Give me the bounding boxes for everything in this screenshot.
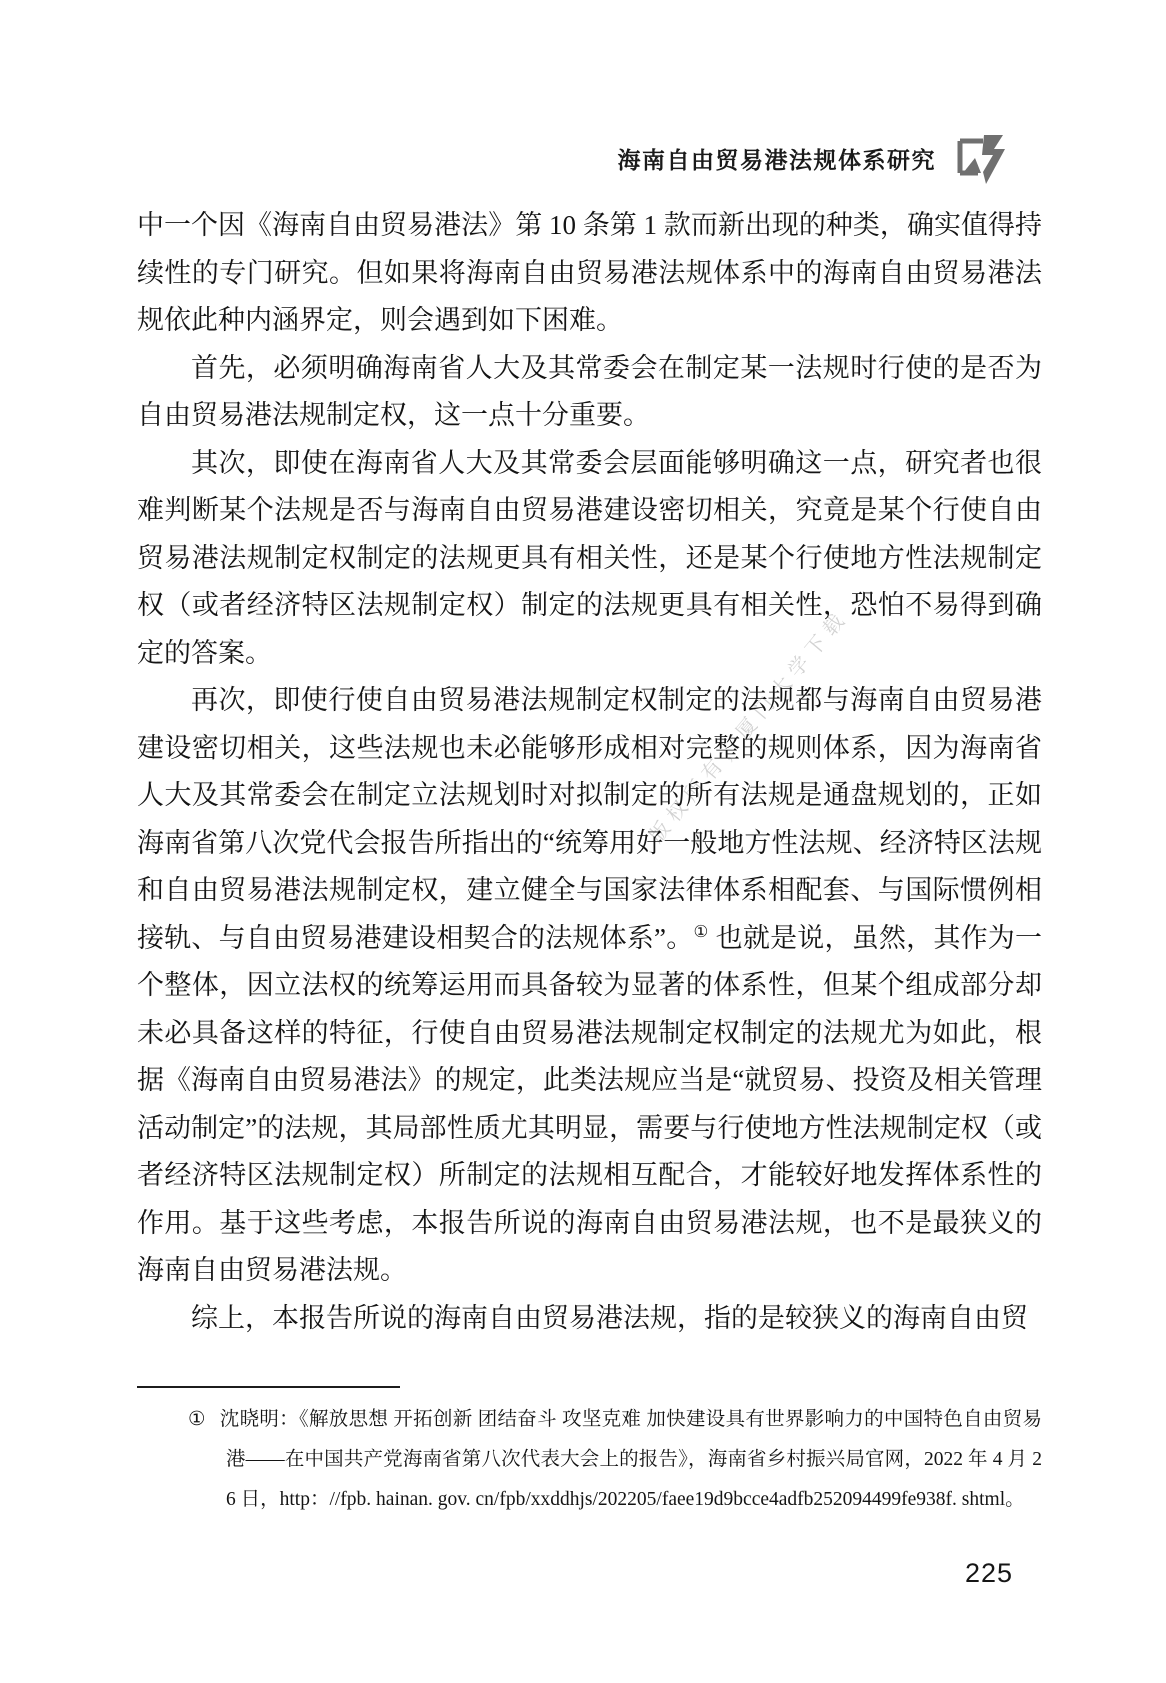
paragraph-text: 其次，即使在海南省人大及其常委会层面能够明确这一点，研究者也很难判断某个法规是否…	[137, 448, 1042, 668]
paragraph: 首先，必须明确海南省人大及其常委会在制定某一法规时行使的是否为自由贸易港法规制定…	[137, 345, 1042, 440]
page-title: 海南自由贸易港法规体系研究	[618, 142, 937, 175]
paragraph-text: 再次，即使行使自由贸易港法规制定权制定的法规都与海南自由贸易港建设密切相关，这些…	[137, 685, 1042, 953]
footnote-separator	[137, 1386, 400, 1388]
paragraph-text: 中一个因《海南自由贸易港法》第 10 条第 1 款而新出现的种类，确实值得持续性…	[137, 210, 1042, 335]
paragraph-text: 也就是说，虽然，其作为一个整体，因立法权的统筹运用而具备较为显著的体系性，但某个…	[137, 923, 1042, 1286]
footnote-reference-marker: ①	[693, 922, 708, 941]
paragraph-text: 综上，本报告所说的海南自由贸易港法规，指的是较狭义的海南自由贸	[191, 1303, 1028, 1333]
paragraph: 综上，本报告所说的海南自由贸易港法规，指的是较狭义的海南自由贸	[137, 1295, 1042, 1343]
book-page: 海南自由贸易港法规体系研究 版权所有，厦门大学下载 中一个因《海南自由贸易港法》…	[0, 0, 1166, 1683]
footnotes: ①沈晓明：《解放思想 开拓创新 团结奋斗 攻坚克难 加快建设具有世界影响力的中国…	[188, 1400, 1042, 1520]
paragraph: 中一个因《海南自由贸易港法》第 10 条第 1 款而新出现的种类，确实值得持续性…	[137, 202, 1042, 345]
footnote-number: ①	[188, 1409, 206, 1430]
publisher-logo-icon	[952, 128, 1006, 188]
footnote-text: 沈晓明：《解放思想 开拓创新 团结奋斗 攻坚克难 加快建设具有世界影响力的中国特…	[220, 1409, 1042, 1510]
body-text: 中一个因《海南自由贸易港法》第 10 条第 1 款而新出现的种类，确实值得持续性…	[137, 202, 1042, 1342]
paragraph-text: 首先，必须明确海南省人大及其常委会在制定某一法规时行使的是否为自由贸易港法规制定…	[137, 353, 1042, 431]
paragraph: 再次，即使行使自由贸易港法规制定权制定的法规都与海南自由贸易港建设密切相关，这些…	[137, 677, 1042, 1295]
footnote-item: ①沈晓明：《解放思想 开拓创新 团结奋斗 攻坚克难 加快建设具有世界影响力的中国…	[188, 1400, 1042, 1520]
paragraph: 其次，即使在海南省人大及其常委会层面能够明确这一点，研究者也很难判断某个法规是否…	[137, 440, 1042, 678]
page-number: 225	[965, 1558, 1013, 1589]
page-header: 海南自由贸易港法规体系研究	[0, 128, 1006, 188]
